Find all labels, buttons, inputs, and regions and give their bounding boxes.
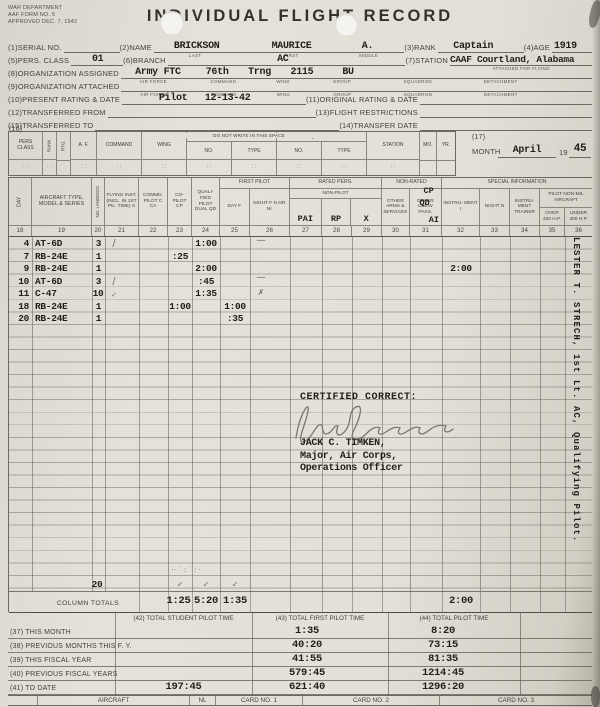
name-label: (2)NAME [120,43,154,53]
org-attached-label: (9)ORGANIZATION ATTACHED [8,82,121,92]
flight-restrictions-label: (13)FLIGHT RESTRICTIONS [316,108,420,118]
box16-col-group: GROUP NO. TYPE : : : : [187,132,277,175]
check-cp: ✓ [168,578,192,591]
transferred-from-label: (12)TRANSFERRED FROM [8,108,108,118]
entry-day: 20 [9,312,32,325]
total-qd: 5:20 [192,595,220,608]
margin-note-qualifying-pilot: LESTER T. STRECH, 1st Lt. AC, Qualifying… [571,237,581,543]
strip-card3-label: CARD NO. 3 [440,696,592,705]
summary-row-fiscal-year: (39) THIS FISCAL YEAR 41:55 81:35 [8,653,592,667]
entry-landings: 3 [92,237,105,250]
entry-aircraft: RB-24E [35,262,91,275]
age-label: (4)AGE [524,43,552,53]
header-non-mil-group: PILOT NON-MIL AIRCRAFT OVER 400 H.P. UND… [540,189,592,225]
entry-day: 11 [9,287,32,300]
certifier-office: Operations Officer [300,463,403,476]
entry-day: 9 [9,262,32,275]
org-group-value: 2115 [291,67,314,78]
column-totals-label: COLUMN TOTALS [33,597,143,610]
header-x-stamp: X [351,199,381,225]
header-night: NIGHT N [480,189,510,225]
summary-row-prev-fiscal: (40) PREVIOUS FISCAL YEARS 579:45 1214:4… [8,667,592,681]
year-value: 45 [569,143,591,158]
strip-blank-cell [8,696,38,705]
flight-record-scan: { "masthead": { "agency_line1": "WAR DEP… [0,0,600,707]
header-rp-stamp: RP [322,199,352,225]
pers-class-value: 01 [92,54,103,65]
check-qd: ✓ [192,578,220,591]
box16-col-rtg: RTG. [57,132,71,175]
box16-col-rank: RANK : : [43,132,57,175]
entry-landings: 3 [92,275,105,288]
flight-restrictions-line [420,106,592,118]
box16-col-pers-class: PERS CLASS : : [9,132,43,175]
header-over-400: OVER 400 H.P. [540,208,565,225]
entry-landings: 1 [92,300,105,313]
flight-entries: 4 AT-6D 3 / 1:00 — 7 RB-24E 1 :25 9 RB-2… [9,237,592,325]
transfer-date-label: (14)TRANSFER DATE [339,121,420,131]
rank-label: (3)RANK [404,43,437,53]
header-first-pilot-group: FIRST PILOT DAY F NIGHT F N OR NI [220,178,290,226]
box16-col-yr: YR. [437,132,455,175]
summary-row-this-month: (37) THIS MONTH 1:35 8:20 [8,625,592,639]
entry-fi-mark: / [106,275,122,288]
strip-nl-label: NL [190,696,216,705]
col44-header: (44) TOTAL PILOT TIME [388,615,520,622]
station-line: CAAF Courtland, Alabama ATTACHED FOR FLY… [450,54,592,66]
present-rating-date: 12-13-42 [205,93,251,104]
header-commd-pilot: COMMD. PILOT C CA [139,178,168,226]
org-attached-line: AIR FORCE COMMAND WING GROUP SQUADRON DE… [121,80,592,92]
squadron-no-label: NO. [277,142,322,159]
entry-instrument: 2:00 [442,262,480,275]
pencil-dots: · ·· ˙ : ˙ : · [109,564,259,577]
station-label: (7)STATION [405,56,450,66]
header-co-pilot: CO- PILOT CP [168,178,192,226]
certifier-title: Major, Air Corps, [300,451,403,464]
name-first-value: MAURICE [272,41,312,52]
page-title: INDIVIDUAL FLIGHT RECORD [0,7,600,26]
org-air-force-value: Army FTC [135,67,181,78]
month-label: MONTH [472,147,501,156]
box16-number: (16) [9,126,22,133]
month-number: (17) [472,134,485,141]
entry-qd: :45 [192,275,220,288]
strip-card2-label: CARD NO. 2 [303,696,440,705]
entry-qd: 2:00 [192,262,220,275]
header-other-crew: OTHER CREW PASS. CP QD AI [410,189,441,225]
header-day-f: DAY F [220,189,250,225]
strip-card1-label: CARD NO. 1 [216,696,303,705]
transfer-date-line [420,119,592,131]
certifier-name: JACK C. TIMKEN, [300,438,403,451]
org-assigned-label: (8)ORGANIZATION ASSIGNED [8,69,121,79]
entry-aircraft: AT-6D [35,275,91,288]
entry-landings: 1 [92,312,105,325]
original-rating-label: (11)ORIGINAL RATING & DATE [306,95,420,105]
header-instrument: INSTRU- MENT I [442,189,480,225]
branch-line: AC [168,54,406,66]
stamp-ai: AI [429,218,439,224]
entry-aircraft: AT-6D [35,237,91,250]
entry-pencil-mark: ✗ [248,286,274,299]
entry-aircraft: RB-24E [35,300,91,313]
org-assigned-line: Army FTC 76th Trng 2115 BU AIR FORCE COM… [121,67,592,79]
entry-aircraft: RB-24E [35,312,91,325]
age-value: 1919 [554,41,577,52]
box16-col-squadron: SQUADRON NO. TYPE : : : : [277,132,367,175]
entry-aircraft: RB-24E [35,250,91,263]
header-aircraft: AIRCRAFT TYPE, MODEL & SERIES [32,178,92,226]
landings-total: 20 [87,578,107,591]
box16-admin-table: PERS CLASS : : RANK : : RTG. A. F. : : C… [8,131,456,176]
header-under-400: UNDER 400 H.P. [565,208,592,225]
age-line: 1919 [552,41,592,53]
box16-col-mo: MO. [420,132,437,175]
header-pai-stamp: PAI [290,199,322,225]
stamp-qd: QD [420,201,430,207]
column-number-row: 18 19 20 21 22 23 24 25 26 27 28 29 30 3… [9,226,592,237]
entry-day: 7 [9,250,32,263]
entry-qd: 1:00 [192,237,220,250]
present-rating-line: Pilot 12-13-42 [122,93,306,105]
strip-aircraft-label: AIRCRAFT [38,696,190,705]
summary-totals: (42) TOTAL STUDENT PILOT TIME (43) TOTAL… [8,612,592,695]
certifier-typed-block: JACK C. TIMKEN, Major, Air Corps, Operat… [300,438,403,476]
transferred-from-line [108,106,316,118]
org-squadron-value: BU [342,67,353,78]
header-flying-inst: FLYING INST. (INCL. IN 1ST PIL. TIME) S [105,178,139,226]
col42-header: (42) TOTAL STUDENT PILOT TIME [115,615,252,622]
pers-class-label: (5)PERS. CLASS [8,56,71,66]
squadron-type-label: TYPE [322,142,366,159]
row-transfer-from: (12)TRANSFERRED FROM (13)FLIGHT RESTRICT… [8,105,592,118]
entry-fday: 1:00 [220,300,250,313]
hole-punch-left [160,11,184,35]
header-non-rated-group: NON-RATED OTHER ARMS & SERVICES OTHER CR… [382,178,442,226]
do-not-write-note: DO NOT WRITE IN THIS SPACE [159,133,339,138]
rank-line: Captain [438,41,524,53]
entry-day: 10 [9,275,32,288]
entry-fi-mark: ✓ [106,289,122,302]
column-totals-row: COLUMN TOTALS 1:25 5:20 1:35 2:00 [9,591,592,613]
header-other-arms: OTHER ARMS & SERVICES [382,189,410,225]
entry-cp: :25 [168,250,192,263]
serial-no-blank [64,41,120,53]
col43-header: (43) TOTAL FIRST PILOT TIME [252,615,388,622]
present-rating-value: Pilot [159,93,188,104]
row-serial-name-rank-age: (1)SERIAL NO. (2)NAME BRICKSON MAURICE A… [8,40,592,53]
row-ratings: (10)PRESENT RATING & DATE Pilot 12-13-42… [8,92,592,105]
entry-pencil-mark: — [248,234,274,247]
ledger-header: DAY AIRCRAFT TYPE, MODEL & SERIES NO. LA… [9,178,592,226]
station-value: CAAF Courtland, Alabama [450,54,574,65]
org-command-value: 76th [206,67,229,78]
landings-total-row: 20 ✓ ✓ ✓ [9,578,592,591]
present-rating-label: (10)PRESENT RATING & DATE [8,95,122,105]
box16-col-command: COMMAND : : [97,132,142,175]
month-value: April [498,145,556,158]
box16-col-wing: WING : : [142,132,187,175]
header-rated-pers-group: RATED PERS. NON-PILOT PAI RP X [290,178,382,226]
entry-fi-mark: / [106,237,122,250]
name-line: BRICKSON MAURICE A. LAST FIRST MIDDLE [154,41,405,53]
row-transfer-to: (15)TRANSFERRED TO (14)TRANSFER DATE [8,118,592,131]
row-org-assigned: (8)ORGANIZATION ASSIGNED Army FTC 76th T… [8,66,592,79]
header-non-mil: PILOT NON-MIL AIRCRAFT [540,189,592,207]
summary-column-headers: (42) TOTAL STUDENT PILOT TIME (43) TOTAL… [8,612,592,625]
name-middle-value: A. [362,41,373,52]
year-printed: 19 [559,148,568,157]
entry-cp: 1:00 [168,300,192,313]
stamp-cp: CP [424,189,434,195]
header-day: DAY [9,178,32,226]
check-fday: ✓ [220,578,250,591]
entry-day: 4 [9,237,32,250]
entry-fday: :35 [220,312,250,325]
org-wing-value: Trng [248,67,271,78]
pers-class-line: 01 [71,54,123,66]
group-no-label: NO. [187,142,232,159]
entry-pencil-mark: — [248,271,274,284]
group-type-label: TYPE [232,142,276,159]
scan-smudge-bottom [591,686,600,707]
branch-value: AC [277,54,288,65]
header-landings: NO. LANDINGS [92,178,105,226]
name-last-value: BRICKSON [174,41,220,52]
row-class-branch-station: (5)PERS. CLASS 01 (6)BRANCH AC (7)STATIO… [8,53,592,66]
card-strip: AIRCRAFT NL CARD NO. 1 CARD NO. 2 CARD N… [8,695,592,706]
entry-day: 18 [9,300,32,313]
branch-label: (6)BRANCH [123,56,168,66]
box16-col-station: STATION : : [367,132,420,175]
box16-col-af: A. F. : : [71,132,97,175]
hole-punch-right [335,13,358,36]
header-night-f: NIGHT F N OR NI [250,189,289,225]
entry-landings: 1 [92,250,105,263]
total-instrument: 2:00 [442,595,480,608]
header-non-pilot: NON-PILOT [290,189,381,199]
header-special-group: SPECIAL INFORMATION INSTRU- MENT I NIGHT… [442,178,592,226]
entry-qd: 1:35 [192,287,220,300]
rank-value: Captain [453,41,493,52]
entry-landings: 10 [89,287,107,300]
total-cp: 1:25 [165,595,192,608]
summary-row-prev-months: (38) PREVIOUS MONTHS THIS F. Y. 40:20 73… [8,639,592,653]
total-fday: 1:35 [220,595,250,608]
summary-row-to-date: (41) TO DATE 197:45 621:40 1296:20 [8,681,592,695]
entry-aircraft: C-47 [35,287,91,300]
serial-no-label: (1)SERIAL NO. [8,43,64,53]
entry-landings: 1 [92,262,105,275]
row-org-attached: (9)ORGANIZATION ATTACHED AIR FORCE COMMA… [8,79,592,92]
header-qualified: QUALI- FIED PILOT DUAL QD [192,178,220,226]
original-rating-line [420,93,592,105]
transferred-to-line [95,119,339,131]
scan-edge-shadow [592,0,600,707]
header-trainer: INSTRU- MENT TRAINER [510,189,540,225]
